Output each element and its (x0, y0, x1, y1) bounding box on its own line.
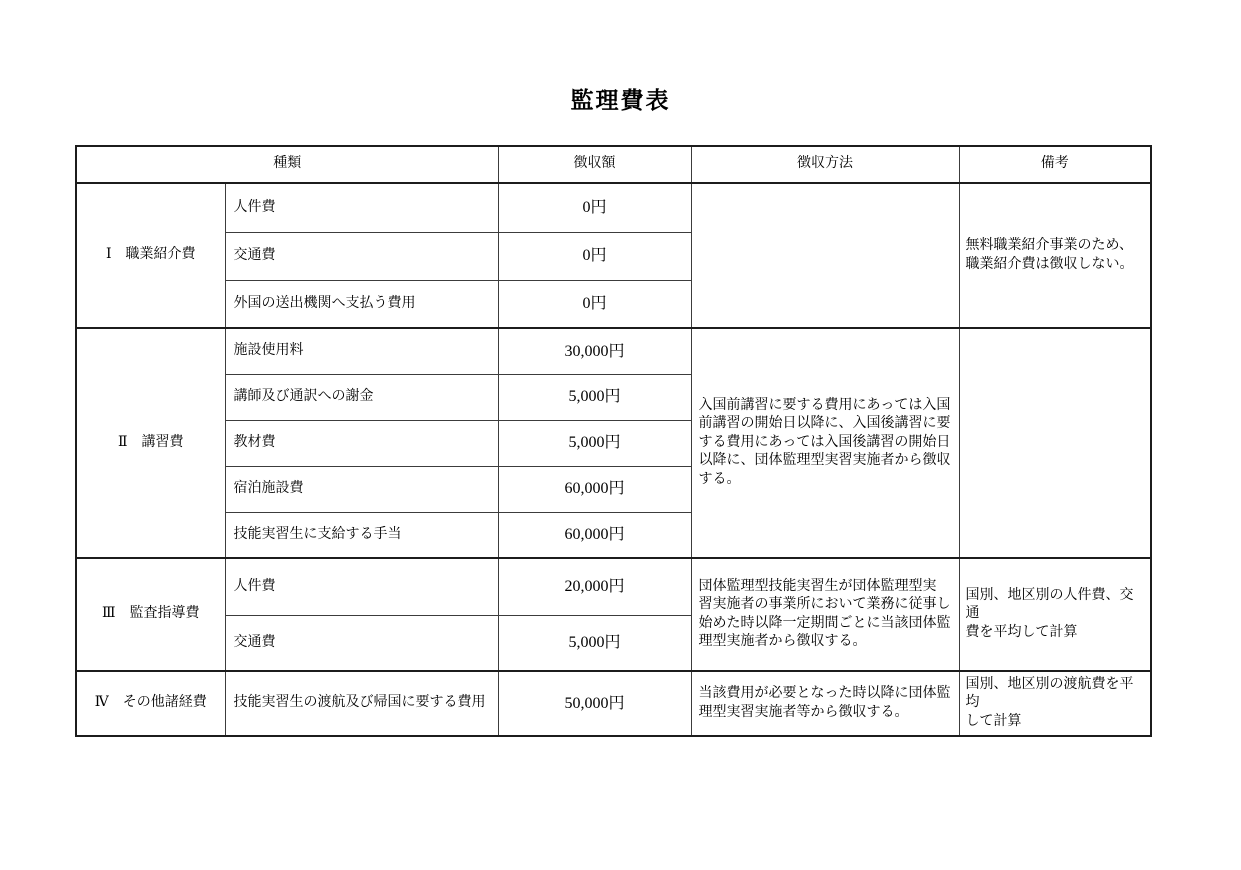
category-cell-section1: Ⅰ 職業紹介費 (76, 183, 225, 328)
remarks-cell-section1: 無料職業紹介事業のため、 職業紹介費は徴収しない。 (959, 183, 1151, 328)
item-cell: 人件費 (225, 183, 498, 232)
header-amount: 徴収額 (498, 146, 691, 183)
table-row: Ⅳ その他諸経費 技能実習生の渡航及び帰国に要する費用 50,000円 当該費用… (76, 671, 1151, 736)
method-cell-section2: 入国前講習に要する費用にあっては入国 前講習の開始日以降に、入国後講習に要 する… (691, 328, 959, 558)
remarks-cell-section3: 国別、地区別の人件費、交通 費を平均して計算 (959, 558, 1151, 671)
amount-cell: 60,000円 (498, 512, 691, 558)
amount-cell: 5,000円 (498, 374, 691, 420)
amount-cell: 0円 (498, 183, 691, 232)
table-row: Ⅱ 講習費 施設使用料 30,000円 入国前講習に要する費用にあっては入国 前… (76, 328, 1151, 374)
amount-cell: 20,000円 (498, 558, 691, 615)
item-cell: 教材費 (225, 420, 498, 466)
amount-cell: 50,000円 (498, 671, 691, 736)
amount-cell: 0円 (498, 280, 691, 328)
amount-cell: 5,000円 (498, 615, 691, 671)
fee-table: 種類 徴収額 徴収方法 備考 Ⅰ 職業紹介費 人件費 0円 無料職業紹介事業のた… (75, 145, 1152, 737)
header-method: 徴収方法 (691, 146, 959, 183)
table-header-row: 種類 徴収額 徴収方法 備考 (76, 146, 1151, 183)
item-cell: 人件費 (225, 558, 498, 615)
item-cell: 交通費 (225, 615, 498, 671)
item-cell: 交通費 (225, 232, 498, 280)
method-cell-section1 (691, 183, 959, 328)
category-cell-section3: Ⅲ 監査指導費 (76, 558, 225, 671)
item-cell: 外国の送出機関へ支払う費用 (225, 280, 498, 328)
header-type: 種類 (76, 146, 498, 183)
method-cell-section3: 団体監理型技能実習生が団体監理型実 習実施者の事業所において業務に従事し 始めた… (691, 558, 959, 671)
remarks-cell-section2 (959, 328, 1151, 558)
item-cell: 技能実習生に支給する手当 (225, 512, 498, 558)
method-cell-section4: 当該費用が必要となった時以降に団体監 理型実習実施者等から徴収する。 (691, 671, 959, 736)
category-cell-section2: Ⅱ 講習費 (76, 328, 225, 558)
amount-cell: 30,000円 (498, 328, 691, 374)
remarks-cell-section4: 国別、地区別の渡航費を平均 して計算 (959, 671, 1151, 736)
page-title: 監理費表 (0, 88, 1241, 116)
item-cell: 施設使用料 (225, 328, 498, 374)
amount-cell: 60,000円 (498, 466, 691, 512)
amount-cell: 5,000円 (498, 420, 691, 466)
item-cell: 技能実習生の渡航及び帰国に要する費用 (225, 671, 498, 736)
item-cell: 講師及び通訳への謝金 (225, 374, 498, 420)
header-remarks: 備考 (959, 146, 1151, 183)
table-row: Ⅲ 監査指導費 人件費 20,000円 団体監理型技能実習生が団体監理型実 習実… (76, 558, 1151, 615)
table-row: Ⅰ 職業紹介費 人件費 0円 無料職業紹介事業のため、 職業紹介費は徴収しない。 (76, 183, 1151, 232)
amount-cell: 0円 (498, 232, 691, 280)
item-cell: 宿泊施設費 (225, 466, 498, 512)
category-cell-section4: Ⅳ その他諸経費 (76, 671, 225, 736)
